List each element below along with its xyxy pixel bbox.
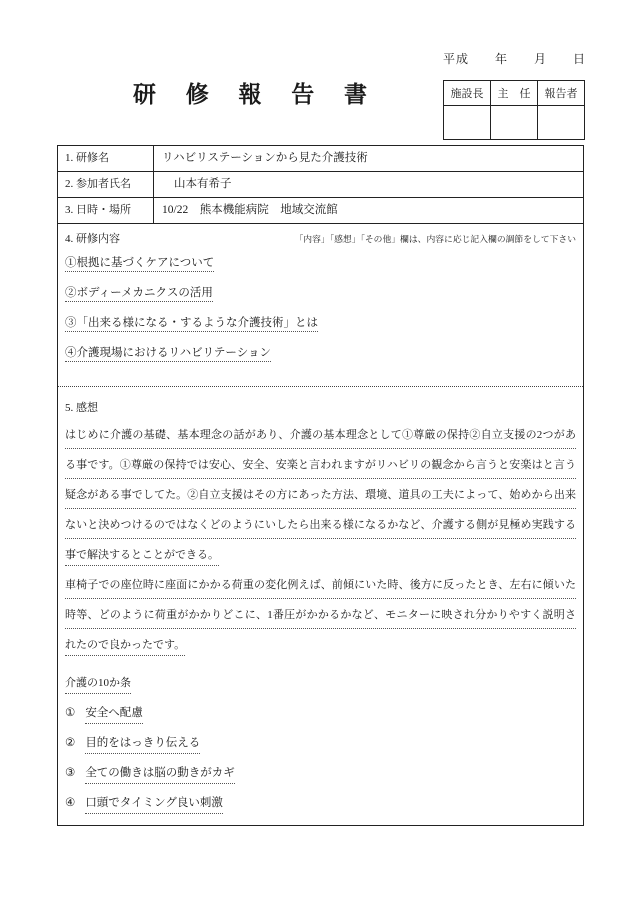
approval-header-reporter: 報告者 [538,81,584,105]
impressions-line: れたので良かったです。 [65,633,576,659]
impressions-line: 疑念がある事でしてた。②自立支援はその方にあった方法、環境、道具の工夫によって、… [65,483,576,509]
section4-note: 「内容」「感想」「その他」欄は、内容に応じ記入欄の調節をして下さい [295,230,577,245]
care-rule-item: ④口頭でタイミング良い刺激 [65,791,576,817]
section4-label: 4. 研修内容 [65,230,120,246]
care-rule-number: ④ [65,797,75,809]
date-line: 平成 年 月 日 [443,50,585,67]
impressions-line: 時等、どのように荷重がかかりどこに、1番圧がかかるかなど、モニターに映され分かり… [65,603,576,629]
section4-item-text: ①根拠に基づくケアについて [65,257,214,272]
section4-header: 4. 研修内容 「内容」「感想」「その他」欄は、内容に応じ記入欄の調節をして下さ… [65,230,576,248]
section5-label: 5. 感想 [65,393,576,423]
impressions-line: 車椅子での座位時に座面にかかる荷重の変化例えば、前傾にいた時、後方に反ったとき、… [65,573,576,599]
care-rule-item: ②目的をはっきり伝える [65,731,576,757]
impressions-line: はじめに介護の基礎、基本理念の話があり、介護の基本理念として①尊厳の保持②自立支… [65,423,576,449]
approval-table: 施設長 主 任 報告者 [443,80,585,140]
section-divider [58,386,583,387]
info-row-datetime-place: 3. 日時・場所 10/22 熊本機能病院 地域交流館 [58,198,583,224]
care-rule-item: ③全ての働きは脳の動きがカギ [65,761,576,787]
impressions-line: 事で解決するとことができる。 [65,543,576,569]
info-label-datetime-place: 3. 日時・場所 [58,198,154,223]
report-table: 1. 研修名 リハビリステーションから見た介護技術 2. 参加者氏名 山本有希子… [57,145,584,826]
care-rule-item: ①安全へ配慮 [65,701,576,727]
section4-item: ②ボディーメカニクスの活用 [65,278,576,308]
report-page: 平成 年 月 日 研 修 報 告 書 施設長 主 任 報告者 1. 研修名 リハ… [0,0,640,905]
page-title: 研 修 報 告 書 [57,76,443,109]
section4-item-text: ④介護現場におけるリハビリテーション [65,347,271,362]
report-content-cell: 4. 研修内容 「内容」「感想」「その他」欄は、内容に応じ記入欄の調節をして下さ… [58,224,583,825]
info-value-training-name: リハビリステーションから見た介護技術 [154,146,583,171]
impressions-line: ないと決めつけるのではなくどのようにいしたら出来る様になるかなど、介護する側が見… [65,513,576,539]
info-value-datetime-place: 10/22 熊本機能病院 地域交流館 [154,198,583,223]
section4-item: ③「出来る様になる・するような介護技術」とは [65,308,576,338]
info-label-participant: 2. 参加者氏名 [58,172,154,197]
approval-header-chief: 主 任 [491,81,538,105]
section4-item: ④介護現場におけるリハビリテーション [65,338,576,368]
info-value-participant: 山本有希子 [154,172,583,197]
care-rule-text: 全ての働きは脳の動きがカギ [85,767,235,784]
info-label-training-name: 1. 研修名 [58,146,154,171]
care-rule-number: ① [65,707,75,719]
care-rule-text: 口頭でタイミング良い刺激 [85,797,223,814]
approval-stamp-reporter [538,106,584,139]
section4-item-text: ②ボディーメカニクスの活用 [65,287,213,302]
approval-header-row: 施設長 主 任 報告者 [444,81,584,106]
impressions-line-text: 事で解決するとことができる。 [65,549,219,566]
approval-stamp-row [444,106,584,139]
care-rules-title-text: 介護の10か条 [65,677,131,694]
approval-header-facility-director: 施設長 [444,81,491,105]
care-rule-text: 安全へ配慮 [85,707,143,724]
care-rule-number: ③ [65,767,75,779]
approval-stamp-facility-director [444,106,491,139]
section4-item-text: ③「出来る様になる・するような介護技術」とは [65,317,318,332]
care-rule-number: ② [65,737,75,749]
care-rule-text: 目的をはっきり伝える [85,737,200,754]
info-row-participant: 2. 参加者氏名 山本有希子 [58,172,583,198]
info-row-training-name: 1. 研修名 リハビリステーションから見た介護技術 [58,146,583,172]
care-rules-title: 介護の10か条 [65,671,576,697]
impressions-line-text: れたので良かったです。 [65,639,185,656]
approval-stamp-chief [491,106,538,139]
section4-item: ①根拠に基づくケアについて [65,248,576,278]
impressions-line: る事です。①尊厳の保持では安心、安全、安楽と言われますがリハビリの観念から言うと… [65,453,576,479]
